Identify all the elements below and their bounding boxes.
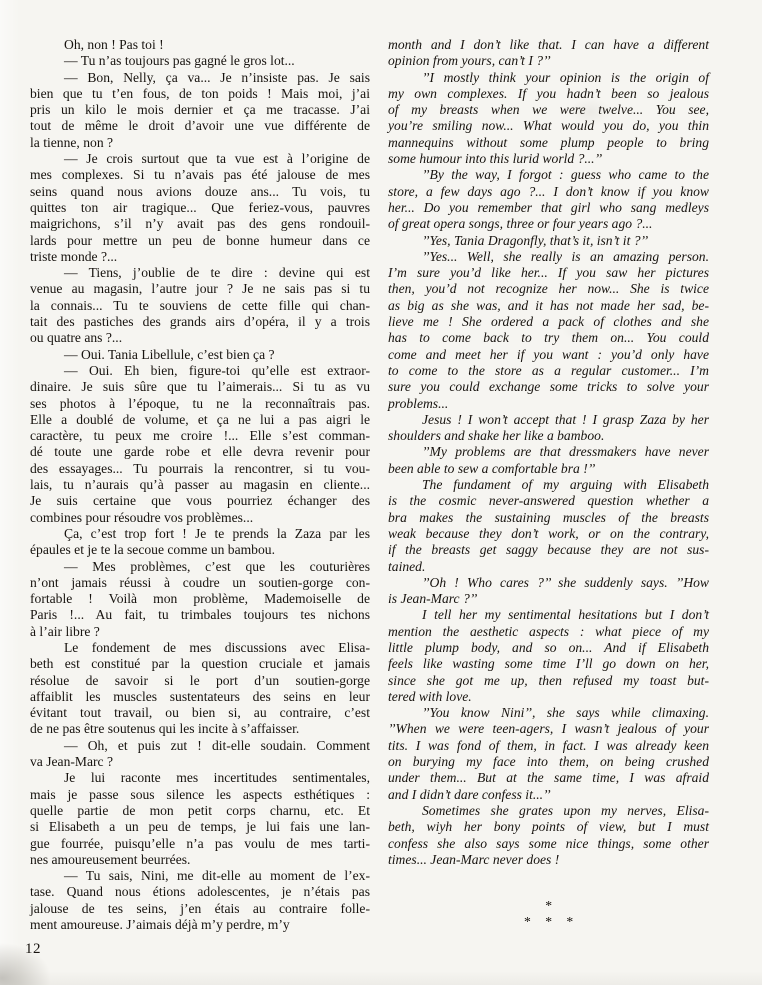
- text-line: ou quatre ans ?...: [30, 330, 370, 346]
- text-line: confess she also says some nice things, …: [388, 836, 709, 852]
- text-line: résolue de savoir si le port d’un soutie…: [30, 673, 370, 689]
- text-line: Oh, non ! Pas toi !: [30, 37, 370, 53]
- paragraph: Le fondement de mes discussions avec Eli…: [30, 640, 370, 738]
- text-line: — Oui. Eh bien, figure-toi qu’elle est e…: [30, 363, 370, 379]
- asterisk-divider: *: [388, 898, 709, 914]
- text-line: la connais... Tu te souviens de cette fi…: [30, 298, 370, 314]
- text-line: of my breasts when we were twelve... You…: [388, 102, 709, 118]
- paragraph: ’’Yes, Tania Dragonfly, that’s it, isn’t…: [388, 233, 709, 249]
- text-line: Jesus ! I won’t accept that ! I grasp Za…: [388, 412, 709, 428]
- text-line: à l’air libre ?: [30, 624, 370, 640]
- text-line: ’’My problems are that dressmakers have …: [388, 444, 709, 460]
- text-line: évitant tout travail, ou bien si, au con…: [30, 705, 370, 721]
- text-line: venue au magasin, l’autre jour ? Je ne s…: [30, 281, 370, 297]
- text-line: quelle partie de mon petit corps charnu,…: [30, 803, 370, 819]
- paragraph: Ça, c’est trop fort ! Je te prends la Za…: [30, 526, 370, 559]
- text-line: de ne pas être soutenus qui les incite à…: [30, 721, 370, 737]
- text-line: — Mes problèmes, c’est que les couturièr…: [30, 559, 370, 575]
- text-line: gue fourrée, puisqu’elle n’a pas voulu d…: [30, 836, 370, 852]
- paragraph: I tell her my sentimental hesitations bu…: [388, 607, 709, 705]
- text-line: maigrichons, s’il n’y avait pas des gens…: [30, 216, 370, 232]
- text-line: — Je crois surtout que ta vue est à l’or…: [30, 151, 370, 167]
- text-line: my own complexes. If you hadn’t been so …: [388, 86, 709, 102]
- text-line: since she got me up, then refused my toa…: [388, 673, 709, 689]
- text-line: mention the aesthetic aspects : what pie…: [388, 624, 709, 640]
- text-line: pris un kilo le mois dernier et ça me tr…: [30, 102, 370, 118]
- text-line: dinaire. Je suis sûre que tu l’aimerais.…: [30, 379, 370, 395]
- text-line: fortable ! Voilà mon problème, Mademoise…: [30, 591, 370, 607]
- paragraph: — Mes problèmes, c’est que les couturièr…: [30, 559, 370, 640]
- paragraph: — Bon, Nelly, ça va... Je n’insiste pas.…: [30, 70, 370, 151]
- text-line: of great opera songs, three or four year…: [388, 216, 709, 232]
- text-line: shoulders and shake her like a bamboo.: [388, 428, 709, 444]
- text-line: — Bon, Nelly, ça va... Je n’insiste pas.…: [30, 70, 370, 86]
- text-line: if the breasts get saggy because they ar…: [388, 542, 709, 558]
- paragraph: ’’Yes... Well, she really is an amazing …: [388, 249, 709, 412]
- text-line: ’’I mostly think your opinion is the ori…: [388, 70, 709, 86]
- text-line: on burying my face into them, on being c…: [388, 754, 709, 770]
- text-line: beth, wiyh her bony points of view, but …: [388, 819, 709, 835]
- paragraph: ’’By the way, I forgot : guess who came …: [388, 167, 709, 232]
- text-line: jalouse de tes seins, j’en étais au cont…: [30, 901, 370, 917]
- text-line: tits. I was fond of them, in fact. I was…: [388, 738, 709, 754]
- text-line: sure you could exchange some tricks to s…: [388, 379, 709, 395]
- text-line: times... Jean-Marc never does !: [388, 852, 709, 868]
- text-line: ’’By the way, I forgot : guess who came …: [388, 167, 709, 183]
- text-line: mes complexes. Si tu n’avais pas été jal…: [30, 167, 370, 183]
- text-line: month and I don’t like that. I can have …: [388, 37, 709, 53]
- text-line: opinion from yours, can’t I ?’’: [388, 53, 709, 69]
- text-line: n’ont jamais réussi à coudre un soutien-…: [30, 575, 370, 591]
- text-line: mannequins without some plump people to …: [388, 135, 709, 151]
- text-line: Paris !... Au fait, tu trimbales toujour…: [30, 607, 370, 623]
- text-line: then, you’d not recognize her now... She…: [388, 281, 709, 297]
- text-line: tase. Quand nous étions adolescentes, je…: [30, 884, 370, 900]
- text-line: and I didn’t dare confess it...’’: [388, 787, 709, 803]
- text-line: I’m sure you’d like her... If you saw he…: [388, 265, 709, 281]
- text-line: la tienne, non ?: [30, 135, 370, 151]
- text-line: as big as she was, and it has not made h…: [388, 298, 709, 314]
- text-line: Le fondement de mes discussions avec Eli…: [30, 640, 370, 656]
- text-line: mais je passe sous silence les aspects e…: [30, 787, 370, 803]
- paragraph: ’’You know Nini’’, she says while climax…: [388, 705, 709, 803]
- paragraph: Jesus ! I won’t accept that ! I grasp Za…: [388, 412, 709, 445]
- text-line: ment amoureuse. J’aimais déjà m’y perdre…: [30, 917, 370, 933]
- text-line: — Oui. Tania Libellule, c’est bien ça ?: [30, 347, 370, 363]
- text-line: seins quand nous avions douze ans... Tu …: [30, 184, 370, 200]
- text-line: bien que tu t’en fous, de ton poids ! Ma…: [30, 86, 370, 102]
- text-line: some humour into this lurid world ?...’’: [388, 151, 709, 167]
- text-line: feels like wasting some time I’ll go dow…: [388, 656, 709, 672]
- text-line: — Oh, et puis zut ! dit-elle soudain. Co…: [30, 738, 370, 754]
- text-line: to come to the store as a regular custom…: [388, 363, 709, 379]
- text-line: is the cosmic never-answered question wh…: [388, 493, 709, 509]
- text-line: épaules et je te la secoue comme un bamb…: [30, 542, 370, 558]
- text-line: va Jean-Marc ?: [30, 754, 370, 770]
- paragraph: — Oui. Tania Libellule, c’est bien ça ?: [30, 347, 370, 363]
- paragraph: — Je crois surtout que ta vue est à l’or…: [30, 151, 370, 265]
- text-line: combines pour résoudre vos problèmes...: [30, 510, 370, 526]
- text-line: lards pour mettre un peu de bonne humeur…: [30, 233, 370, 249]
- text-line: Ça, c’est trop fort ! Je te prends la Za…: [30, 526, 370, 542]
- paragraph: — Tu n’as toujours pas gagné le gros lot…: [30, 53, 370, 69]
- text-line: lieve me ! She ordered a pack of clothes…: [388, 314, 709, 330]
- text-line: tout de même le droit d’avoir une vue di…: [30, 118, 370, 134]
- text-line: nes amoureusement beurrées.: [30, 852, 370, 868]
- text-line: her... Do you remember that girl who san…: [388, 200, 709, 216]
- text-line: dé toute une garde robe et elle devra re…: [30, 444, 370, 460]
- text-line: des essayages... Tu pourrais la rencontr…: [30, 461, 370, 477]
- text-line: under them... But at the same time, I wa…: [388, 770, 709, 786]
- text-line: si Elisabeth a un peu de temps, je lui f…: [30, 819, 370, 835]
- asterisk-divider: * * *: [388, 914, 709, 930]
- paragraph: — Tiens, j’oublie de te dire : devine qu…: [30, 265, 370, 346]
- english-text-column: month and I don’t like that. I can have …: [388, 37, 709, 931]
- text-line: quittes ton air tragique... Que feriez-v…: [30, 200, 370, 216]
- text-line: store, a few days ago ?... I don’t know …: [388, 184, 709, 200]
- text-line: been able to sew a comfortable bra !’’: [388, 461, 709, 477]
- text-line: ses photos à l’époque, tu ne la reconnaî…: [30, 396, 370, 412]
- text-line: I tell her my sentimental hesitations bu…: [388, 607, 709, 623]
- text-line: — Tu n’as toujours pas gagné le gros lot…: [30, 53, 370, 69]
- paragraph: ’’I mostly think your opinion is the ori…: [388, 70, 709, 168]
- text-line: come and meet her if you want : you’d on…: [388, 347, 709, 363]
- scanned-book-page: Oh, non ! Pas toi !— Tu n’as toujours pa…: [0, 0, 762, 985]
- text-line: Je lui raconte mes incertitudes sentimen…: [30, 770, 370, 786]
- text-line: — Tiens, j’oublie de te dire : devine qu…: [30, 265, 370, 281]
- text-line: beth est constitué par la question cruci…: [30, 656, 370, 672]
- text-line: Je suis certaine que vous pourriez échan…: [30, 493, 370, 509]
- text-line: lais, tu n’aurais qu’à passer au magasin…: [30, 477, 370, 493]
- text-line: The fundament of my arguing with Elisabe…: [388, 477, 709, 493]
- text-line: caractère, tu peux me croire !... Elle s…: [30, 428, 370, 444]
- text-line: little plump body, and so on... And if E…: [388, 640, 709, 656]
- text-line: has to come back to try them on... You c…: [388, 330, 709, 346]
- text-line: triste monde ?...: [30, 249, 370, 265]
- paragraph: month and I don’t like that. I can have …: [388, 37, 709, 70]
- paragraph: — Tu sais, Nini, me dit-elle au moment d…: [30, 868, 370, 933]
- french-text-column: Oh, non ! Pas toi !— Tu n’as toujours pa…: [30, 37, 370, 933]
- paragraph: Je lui raconte mes incertitudes sentimen…: [30, 770, 370, 868]
- text-line: ’’When we were teen-agers, I wasn’t jeal…: [388, 721, 709, 737]
- text-line: you’re smiling now... What would you do,…: [388, 118, 709, 134]
- text-line: weak because they don’t work, or on the …: [388, 526, 709, 542]
- text-line: tained.: [388, 559, 709, 575]
- paragraph: — Oh, et puis zut ! dit-elle soudain. Co…: [30, 738, 370, 771]
- paragraph: The fundament of my arguing with Elisabe…: [388, 477, 709, 575]
- paragraph: Oh, non ! Pas toi !: [30, 37, 370, 53]
- text-line: problems...: [388, 396, 709, 412]
- text-line: — Tu sais, Nini, me dit-elle au moment d…: [30, 868, 370, 884]
- text-line: ’’Yes, Tania Dragonfly, that’s it, isn’t…: [388, 233, 709, 249]
- text-line: Elle a doublé de volume, et ça ne lui a …: [30, 412, 370, 428]
- text-line: is Jean-Marc ?’’: [388, 591, 709, 607]
- text-line: ’’Yes... Well, she really is an amazing …: [388, 249, 709, 265]
- text-line: ’’Oh ! Who cares ?’’ she suddenly says. …: [388, 575, 709, 591]
- paragraph: ’’My problems are that dressmakers have …: [388, 444, 709, 477]
- text-line: tait des pastiches des grands airs d’opé…: [30, 314, 370, 330]
- paragraph: Sometimes she grates upon my nerves, Eli…: [388, 803, 709, 868]
- text-line: bra makes the sustaining muscles of the …: [388, 510, 709, 526]
- paragraph: — Oui. Eh bien, figure-toi qu’elle est e…: [30, 363, 370, 526]
- text-line: tered with love.: [388, 689, 709, 705]
- text-line: affaiblit les muscles sustentateurs des …: [30, 689, 370, 705]
- page-number: 12: [25, 941, 41, 958]
- text-line: ’’You know Nini’’, she says while climax…: [388, 705, 709, 721]
- text-line: Sometimes she grates upon my nerves, Eli…: [388, 803, 709, 819]
- paragraph: ’’Oh ! Who cares ?’’ she suddenly says. …: [388, 575, 709, 608]
